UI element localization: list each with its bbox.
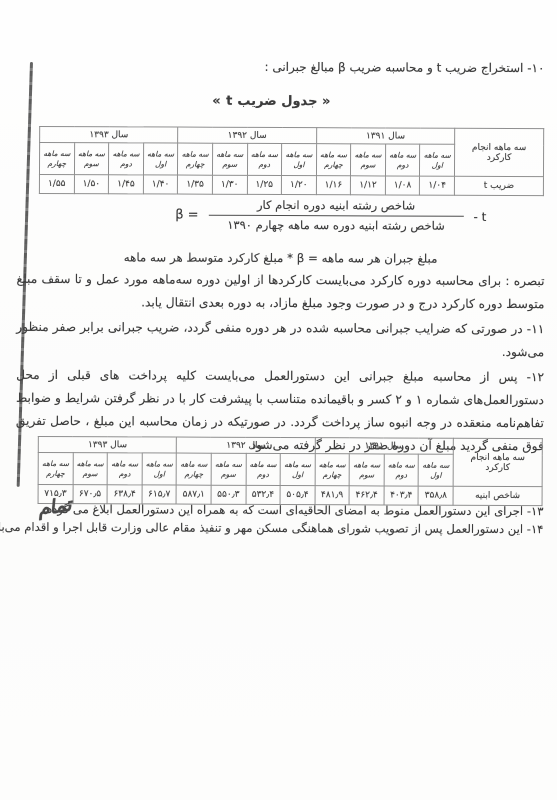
- corner-header-line1: سه ماهه انجام: [454, 452, 542, 462]
- quarter-name: دوم: [246, 469, 280, 479]
- building-index-table: سه ماهه انجام کارکرد سال ۱۳۹۱ سال ۱۳۹۲ س…: [38, 436, 543, 506]
- quarter-name: چهارم: [177, 469, 211, 479]
- quarter-word: سه ماهه: [144, 149, 178, 159]
- quarter-header-cell: سه ماههسوم: [349, 454, 384, 486]
- t-value-cell: ۱/۱۶: [316, 176, 351, 195]
- quarter-name: چهارم: [39, 468, 73, 478]
- scanned-document-page: ۱۰- استخراج ضریب t و محاسبه ضریب β مبالغ…: [0, 0, 557, 800]
- quarter-name: چهارم: [40, 158, 74, 168]
- quarter-header-cell: سه ماههسوم: [212, 143, 247, 175]
- quarter-word: سه ماهه: [317, 150, 351, 160]
- item-10-heading: ۱۰- استخراج ضریب t و محاسبه ضریب β مبالغ…: [264, 60, 544, 75]
- t-row-label: ضریب t: [454, 176, 543, 195]
- quarter-header-cell: سه ماههاول: [420, 144, 455, 176]
- quarter-header-cell: سه ماههسوم: [74, 143, 109, 175]
- quarter-name: سوم: [213, 159, 247, 169]
- quarter-word: سه ماهه: [212, 460, 246, 470]
- quarter-name: سوم: [350, 470, 384, 480]
- quarter-word: سه ماهه: [108, 459, 142, 469]
- year-header-1393: سال ۱۳۹۳: [40, 126, 178, 143]
- t-value-cell: ۱/۲۵: [247, 175, 282, 194]
- quarter-header-cell: سه ماههسوم: [211, 453, 246, 485]
- index-value-cell: ۳۵۸٫۸: [418, 486, 453, 505]
- quarter-header-cell: سه ماههدوم: [385, 144, 420, 176]
- index-value-cell: ۴۰۳٫۴: [384, 486, 419, 505]
- quarter-word: سه ماهه: [109, 149, 143, 159]
- quarter-name: سوم: [75, 159, 109, 169]
- corner-header-line1: سه ماهه انجام: [455, 142, 543, 152]
- quarter-header-cell: سه ماههچهارم: [177, 453, 212, 485]
- item-11-paragraph: ۱۱- در صورتی که ضرایب جبرانی محاسبه شده …: [16, 316, 544, 364]
- formula-fraction: شاخص رشته ابنیه دوره انجام کار شاخص رشته…: [208, 197, 463, 235]
- quarter-name: سوم: [73, 469, 107, 479]
- index-value-cell: ۵۰۵٫۴: [280, 486, 315, 505]
- quarter-header-cell: سه ماههدوم: [246, 453, 281, 485]
- t-value-cell: ۱/۱۲: [351, 176, 386, 195]
- document-content: ۱۰- استخراج ضریب t و محاسبه ضریب β مبالغ…: [0, 0, 557, 800]
- t-value-cell: ۱/۰۴: [420, 176, 455, 195]
- quarter-header-cell: سه ماههدوم: [109, 143, 144, 175]
- table-corner-header: سه ماهه انجام کارکرد: [454, 128, 543, 176]
- formula-numerator: شاخص رشته ابنیه دوره انجام کار: [251, 197, 421, 215]
- quarter-word: سه ماهه: [248, 150, 282, 160]
- quarter-name: اول: [420, 160, 454, 170]
- t-coefficient-table: سه ماهه انجام کارکرد سال ۱۳۹۱ سال ۱۳۹۲ س…: [39, 126, 544, 196]
- quarter-word: سه ماهه: [39, 459, 73, 469]
- t-value-cell: ۱/۴۰: [143, 175, 178, 194]
- quarter-word: سه ماهه: [315, 460, 349, 470]
- quarter-name: دوم: [384, 470, 418, 480]
- quarter-header-cell: سه ماههاول: [280, 454, 315, 486]
- t-value-cell: ۱/۰۸: [385, 176, 420, 195]
- t-value-cell: ۱/۳۰: [212, 175, 247, 194]
- year-header-1393: سال ۱۳۹۳: [38, 436, 176, 453]
- index-value-cell: ۶۱۵٫۷: [142, 485, 177, 504]
- quarter-name: دوم: [108, 469, 142, 479]
- quarter-name: سوم: [351, 160, 385, 170]
- quarter-word: سه ماهه: [281, 460, 315, 470]
- formula-beta-equals: β =: [175, 208, 198, 223]
- t-value-cell: ۱/۵۰: [74, 175, 109, 194]
- quarter-word: سه ماهه: [246, 460, 280, 470]
- year-header-1392: سال ۱۳۹۲: [177, 437, 315, 454]
- index-value-cell: ۵۳۲٫۴: [246, 485, 281, 504]
- t-value-cell: ۱/۵۵: [39, 174, 74, 193]
- index-value-cell: ۶۷۰٫۵: [73, 485, 108, 504]
- item-14-paragraph: ۱۴- این دستورالعمل پس از تصویب شورای هما…: [15, 520, 543, 536]
- quarter-name: دوم: [386, 160, 420, 170]
- compensation-amount-formula: مبلغ جبران هر سه ماهه = β * مبلغ کارکرد …: [111, 250, 451, 265]
- year-header-1391: سال ۱۳۹۱: [315, 438, 453, 455]
- year-header-1392: سال ۱۳۹۲: [178, 127, 316, 144]
- quarter-word: سه ماهه: [75, 149, 109, 159]
- quarter-name: دوم: [109, 159, 143, 169]
- quarter-name: اول: [142, 469, 176, 479]
- year-header-1391: سال ۱۳۹۱: [316, 128, 454, 145]
- index-value-cell: ۵۸۷٫۱: [176, 485, 211, 504]
- quarter-word: سه ماهه: [73, 459, 107, 469]
- quarter-name: اول: [419, 470, 453, 480]
- quarter-word: سه ماهه: [177, 460, 211, 470]
- corner-header-line2: کارکرد: [455, 152, 543, 162]
- quarter-header-cell: سه ماههدوم: [107, 453, 142, 485]
- quarter-name: چهارم: [317, 160, 351, 170]
- quarter-header-cell: سه ماههچهارم: [315, 454, 350, 486]
- quarter-name: سوم: [212, 469, 246, 479]
- quarter-name: چهارم: [178, 159, 212, 169]
- quarter-header-cell: سه ماههچهارم: [39, 142, 74, 174]
- t-values-row: ضریب t ۱/۰۴ ۱/۰۸ ۱/۱۲ ۱/۱۶ ۱/۲۰ ۱/۲۵ ۱/۳…: [39, 174, 543, 195]
- quarter-word: سه ماهه: [40, 149, 74, 159]
- table-corner-header: سه ماهه انجام کارکرد: [453, 438, 542, 486]
- index-value-cell: ۴۶۲٫۴: [349, 486, 384, 505]
- quarter-header-cell: سه ماههدوم: [247, 143, 282, 175]
- note-paragraph: تبصره : برای محاسبه دوره کارکرد می‌بایست…: [16, 268, 544, 316]
- quarter-header-cell: سه ماههچهارم: [38, 452, 73, 484]
- quarter-header-cell: سه ماههاول: [419, 454, 454, 486]
- formula-minus-t: - t: [474, 209, 487, 223]
- quarter-name: چهارم: [315, 470, 349, 480]
- body-paragraphs: تبصره : برای محاسبه دوره کارکرد می‌بایست…: [16, 268, 545, 460]
- formula-denominator: شاخص رشته ابنیه دوره سه ماهه چهارم ۱۳۹۰: [221, 217, 451, 235]
- quarter-word: سه ماهه: [282, 150, 316, 160]
- t-value-cell: ۱/۴۵: [109, 175, 144, 194]
- beta-formula: β = شاخص رشته ابنیه دوره انجام کار شاخص …: [149, 196, 513, 235]
- quarter-word: سه ماهه: [386, 150, 420, 160]
- quarter-header-cell: سه ماههچهارم: [178, 143, 213, 175]
- quarter-name: اول: [282, 160, 316, 170]
- quarter-word: سه ماهه: [419, 461, 453, 471]
- quarter-word: سه ماهه: [385, 460, 419, 470]
- quarter-header-cell: سه ماههاول: [282, 144, 317, 176]
- quarter-header-cell: سه ماههدوم: [384, 454, 419, 486]
- quarter-word: سه ماهه: [178, 150, 212, 160]
- quarter-name: دوم: [248, 159, 282, 169]
- coefficient-table-title: « جدول ضریب t »: [151, 93, 391, 109]
- quarter-header-cell: سه ماههسوم: [73, 453, 108, 485]
- quarter-word: سه ماهه: [351, 150, 385, 160]
- t-value-cell: ۱/۳۵: [178, 175, 213, 194]
- quarter-name: اول: [281, 470, 315, 480]
- quarter-header-cell: سه ماههچهارم: [316, 144, 351, 176]
- item-13-paragraph: ۱۳- اجرای این دستورالعمل منوط به امضای ا…: [15, 502, 543, 518]
- quarter-header-cell: سه ماههاول: [142, 453, 177, 485]
- quarter-name: اول: [144, 159, 178, 169]
- quarter-word: سه ماهه: [142, 459, 176, 469]
- index-value-cell: ۴۸۱٫۹: [315, 486, 350, 505]
- index-value-cell: ۵۵۰٫۳: [211, 485, 246, 504]
- quarter-header-cell: سه ماههسوم: [351, 144, 386, 176]
- index-value-cell: ۶۳۸٫۴: [107, 485, 142, 504]
- corner-header-line2: کارکرد: [454, 462, 542, 472]
- quarter-header-cell: سه ماههاول: [143, 143, 178, 175]
- index-row-label: شاخص ابنیه: [453, 486, 542, 505]
- quarter-word: سه ماهه: [420, 151, 454, 161]
- t-value-cell: ۱/۲۰: [282, 176, 317, 195]
- quarter-word: سه ماهه: [350, 460, 384, 470]
- quarter-word: سه ماهه: [213, 150, 247, 160]
